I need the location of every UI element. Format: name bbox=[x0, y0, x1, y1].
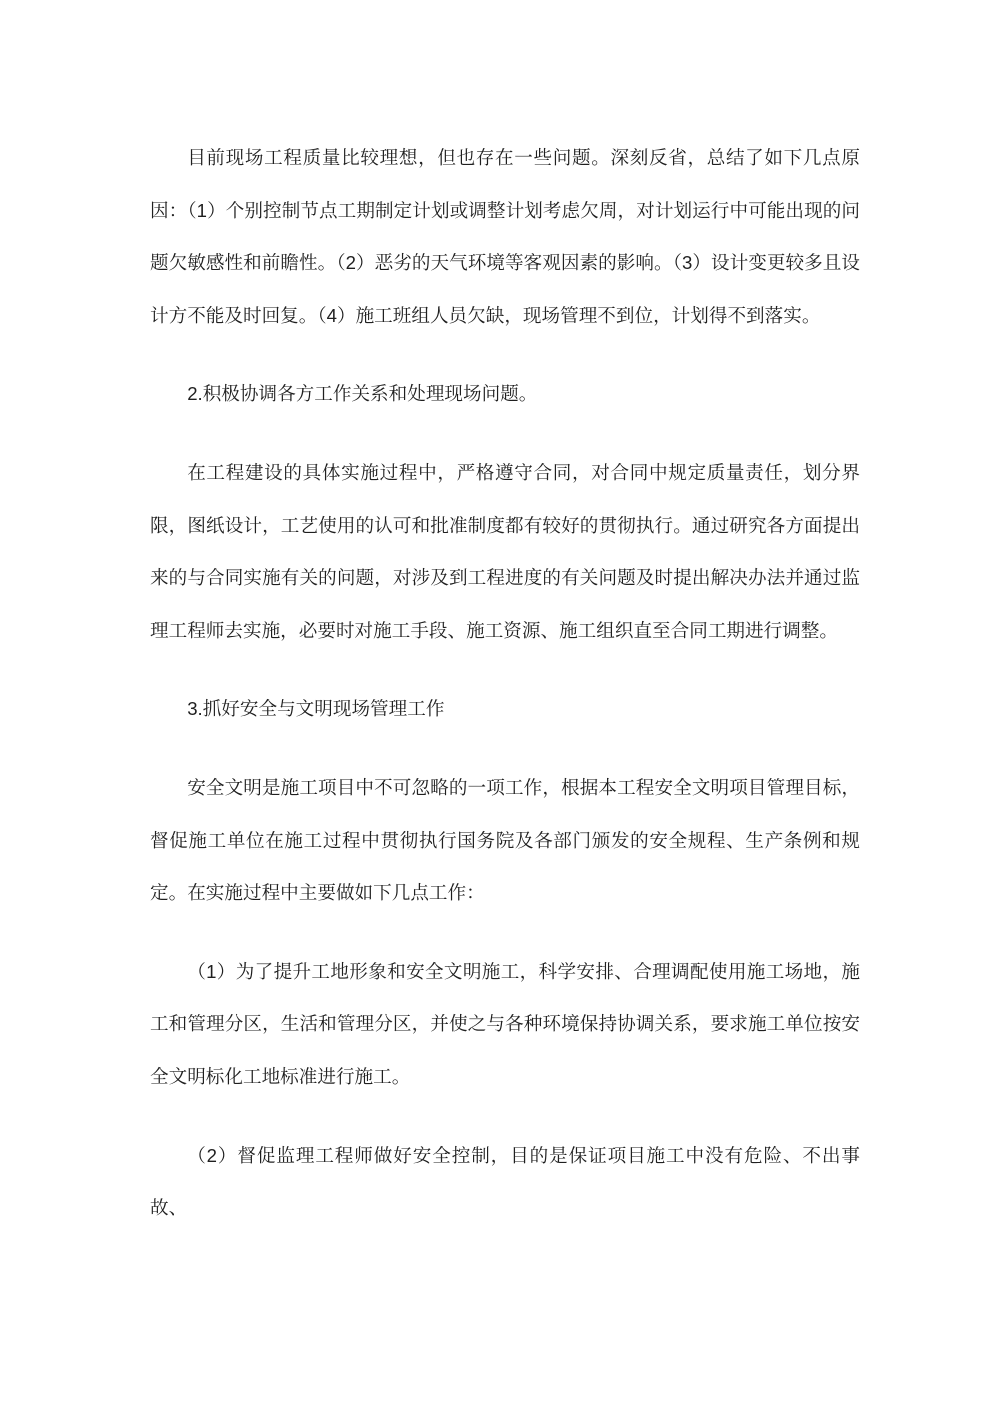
paragraph-safety-civility-intro: 安全文明是施工项目中不可忽略的一项工作，根据本工程安全文明项目管理目标，督促施工… bbox=[150, 762, 860, 920]
paragraph-quality-causes: 目前现场工程质量比较理想，但也存在一些问题。深刻反省，总结了如下几点原因：（1）… bbox=[150, 132, 860, 342]
section-heading-3: 3.抓好安全与文明现场管理工作 bbox=[150, 683, 860, 736]
paragraph-item-1-site-image: （1）为了提升工地形象和安全文明施工，科学安排、合理调配使用施工场地，施工和管理… bbox=[150, 946, 860, 1104]
document-page: 目前现场工程质量比较理想，但也存在一些问题。深刻反省，总结了如下几点原因：（1）… bbox=[0, 0, 1000, 1415]
paragraph-contract-execution: 在工程建设的具体实施过程中，严格遵守合同，对合同中规定质量责任，划分界限，图纸设… bbox=[150, 447, 860, 657]
paragraph-item-2-safety-control: （2）督促监理工程师做好安全控制，目的是保证项目施工中没有危险、不出事故、 bbox=[150, 1130, 860, 1235]
section-heading-2: 2.积极协调各方工作关系和处理现场问题。 bbox=[150, 368, 860, 421]
